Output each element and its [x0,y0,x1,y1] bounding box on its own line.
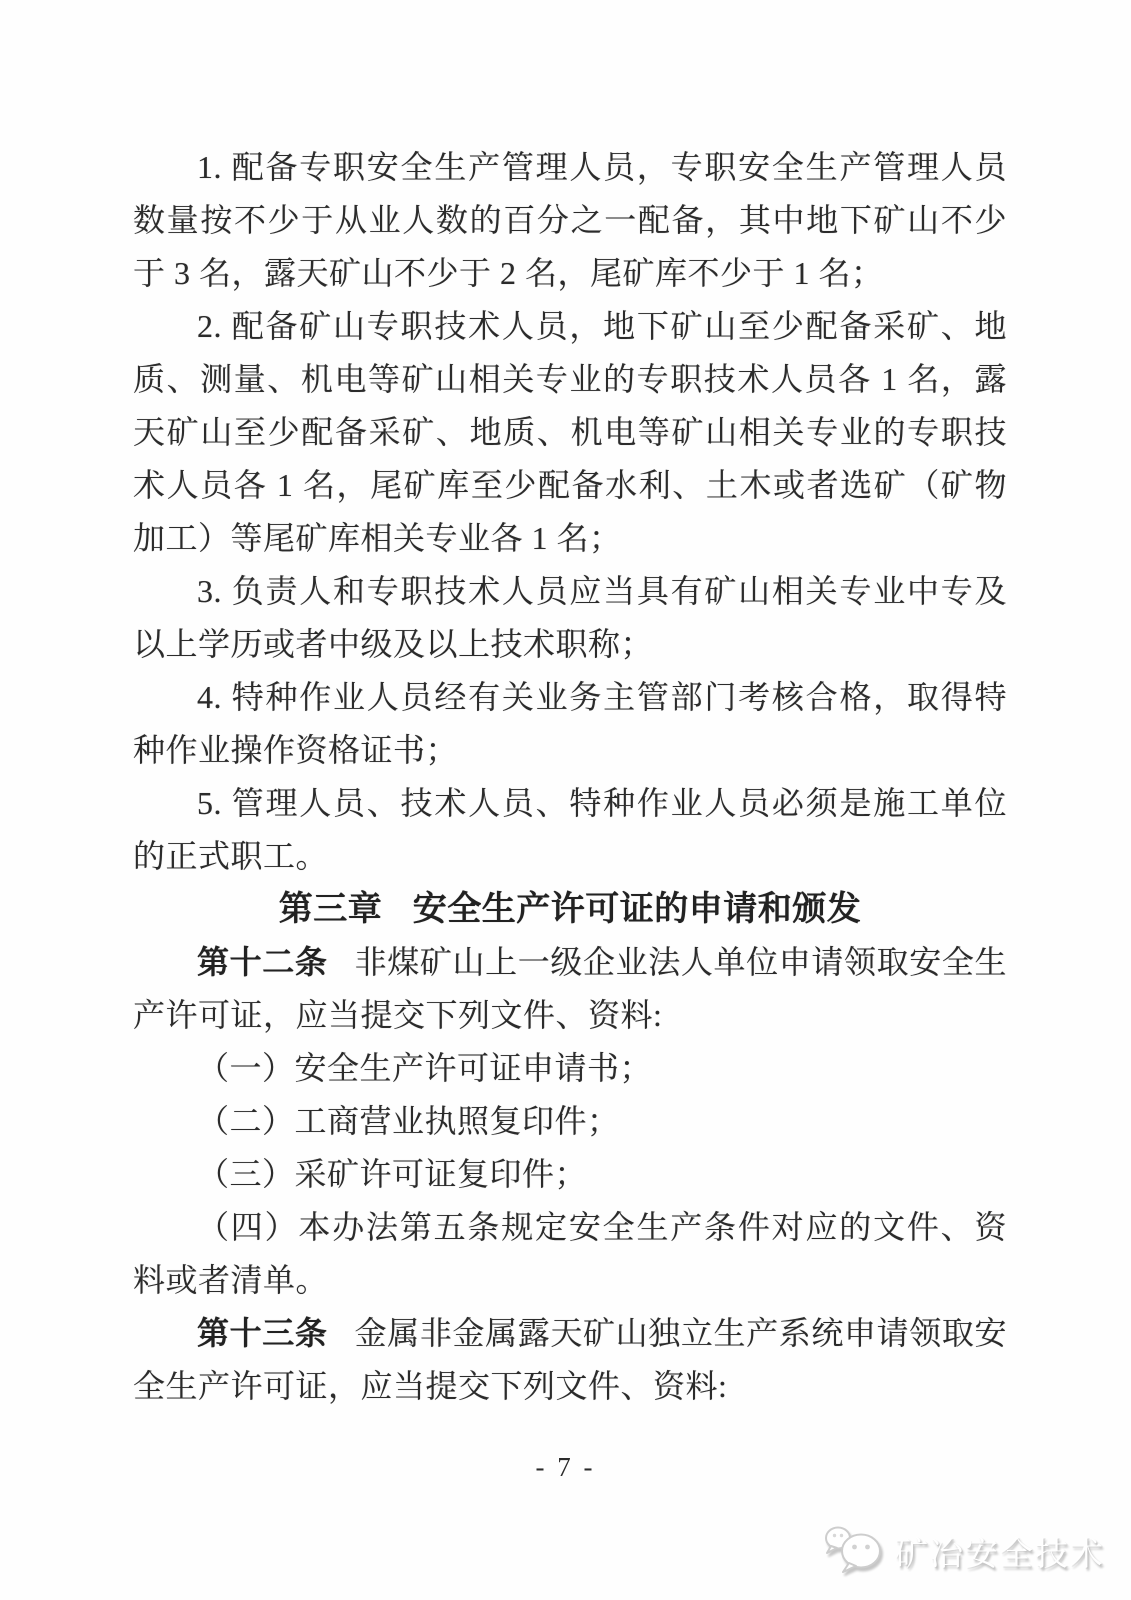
document-page: 1. 配备专职安全生产管理人员，专职安全生产管理人员数量按不少于从业人数的百分之… [0,0,1131,1600]
article-12: 第十二条非煤矿山上一级企业法人单位申请领取安全生产许可证，应当提交下列文件、资料… [133,936,1007,1042]
article-13: 第十三条金属非金属露天矿山独立生产系统申请领取安全生产许可证，应当提交下列文件、… [133,1307,1007,1413]
page-number: - 7 - [0,1452,1131,1483]
article-12-item-3: （三）采矿许可证复印件； [133,1148,1007,1201]
paragraph-item-4: 4. 特种作业人员经有关业务主管部门考核合格，取得特种作业操作资格证书； [133,671,1007,777]
paragraph-item-3: 3. 负责人和专职技术人员应当具有矿山相关专业中专及以上学历或者中级及以上技术职… [133,565,1007,671]
article-12-item-2: （二）工商营业执照复印件； [133,1095,1007,1148]
document-body: 1. 配备专职安全生产管理人员，专职安全生产管理人员数量按不少于从业人数的百分之… [133,141,1007,1413]
chapter-title: 安全生产许可证的申请和颁发 [413,889,862,929]
paragraph-item-1: 1. 配备专职安全生产管理人员，专职安全生产管理人员数量按不少于从业人数的百分之… [133,141,1007,300]
paragraph-item-5: 5. 管理人员、技术人员、特种作业人员必须是施工单位的正式职工。 [133,777,1007,883]
article-12-item-1: （一）安全生产许可证申请书； [133,1042,1007,1095]
watermark-text: 矿冶安全技术 [895,1528,1105,1575]
article-12-number: 第十二条 [197,943,327,981]
article-12-item-4: （四）本办法第五条规定安全生产条件对应的文件、资料或者清单。 [133,1201,1007,1307]
article-13-number: 第十三条 [197,1314,327,1352]
chapter-heading: 第三章安全生产许可证的申请和颁发 [133,883,1007,936]
wechat-icon [823,1523,885,1580]
chapter-number: 第三章 [279,889,383,929]
watermark: 矿冶安全技术 [823,1523,1105,1580]
paragraph-item-2: 2. 配备矿山专职技术人员，地下矿山至少配备采矿、地质、测量、机电等矿山相关专业… [133,300,1007,565]
